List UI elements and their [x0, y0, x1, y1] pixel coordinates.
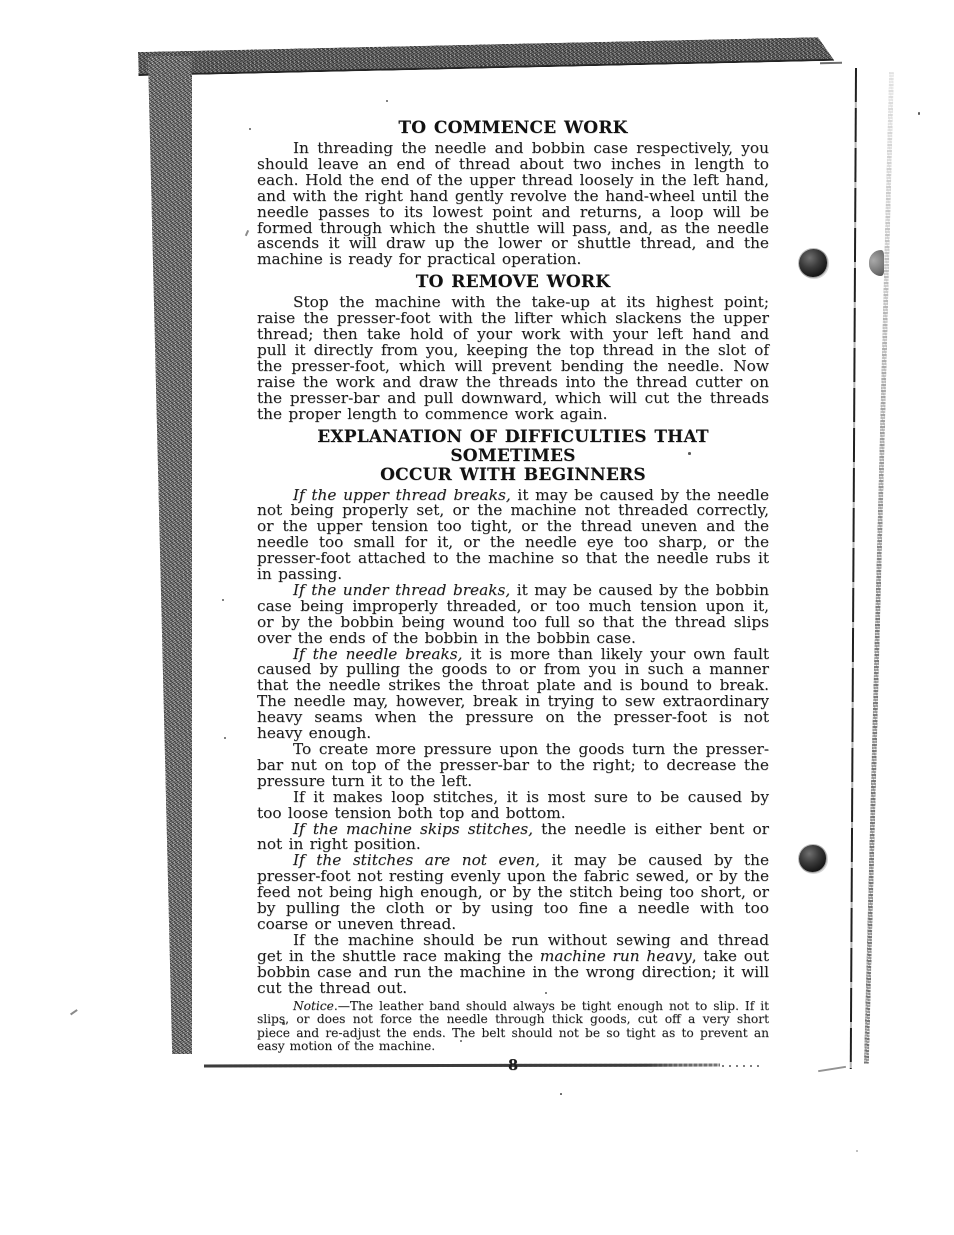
page-edge-shadow-top: [138, 37, 834, 76]
heading-line: TO REMOVE WORK: [257, 273, 769, 292]
section-heading: TO COMMENCE WORK: [257, 119, 769, 138]
paragraph: If the machine should be run without sew…: [257, 933, 769, 997]
binding-hole-half-icon: [869, 250, 884, 276]
binder-texture-line: [864, 72, 894, 1064]
page-fold-line: [850, 68, 857, 1069]
paragraph: If the machine skips stitches, the needl…: [257, 822, 769, 854]
paragraph: If it makes loop stitches, it is most su…: [257, 790, 769, 822]
speckle: [249, 128, 251, 130]
paragraph: In threading the needle and bobbin case …: [257, 141, 769, 268]
speckle: [560, 1093, 562, 1095]
paragraph: To create more pressure upon the goods t…: [257, 742, 769, 790]
text-segment: To create more pressure upon the goods t…: [257, 740, 769, 790]
binding-hole-top-icon: [799, 249, 827, 277]
binding-hole-bottom-icon: [799, 845, 826, 872]
page-bottom-squiggle: [818, 1066, 846, 1072]
section-heading: TO REMOVE WORK: [257, 273, 769, 292]
paragraph: If the needle breaks, it is more than li…: [257, 647, 769, 742]
page-edge-shadow-top-tail: [820, 62, 842, 64]
speckle: [245, 230, 249, 236]
paragraph: If the stitches are not even, it may be …: [257, 853, 769, 933]
text-column: TO COMMENCE WORKIn threading the needle …: [257, 119, 769, 1073]
text-segment: Stop the machine with the take-up at its…: [257, 293, 769, 422]
text-segment: In threading the needle and bobbin case …: [257, 139, 769, 268]
speckle: [856, 1150, 858, 1152]
heading-line: TO COMMENCE WORK: [257, 119, 769, 138]
scanned-manual-page: TO COMMENCE WORKIn threading the needle …: [0, 0, 954, 1235]
speckle: [70, 1009, 77, 1015]
speckle: [224, 737, 226, 739]
speckle: [386, 100, 388, 102]
speckle: [222, 599, 224, 601]
heading-line: OCCUR WITH BEGINNERS: [257, 466, 769, 485]
section-heading: EXPLANATION OF DIFFICULTIES THAT SOMETIM…: [257, 428, 769, 485]
paragraph: If the upper thread breaks, it may be ca…: [257, 488, 769, 583]
page-edge-shadow-left: [148, 56, 192, 1054]
text-segment: If it makes loop stitches, it is most su…: [257, 788, 769, 822]
paragraph: Stop the machine with the take-up at its…: [257, 295, 769, 422]
paragraph: If the under thread breaks, it may be ca…: [257, 583, 769, 647]
speckle: [918, 112, 920, 115]
heading-line: EXPLANATION OF DIFFICULTIES THAT SOMETIM…: [257, 428, 769, 466]
text-segment: Notice.: [293, 999, 338, 1013]
notice-paragraph: Notice.—The leather band should always b…: [257, 1000, 769, 1054]
page-number: 8: [257, 1058, 769, 1074]
